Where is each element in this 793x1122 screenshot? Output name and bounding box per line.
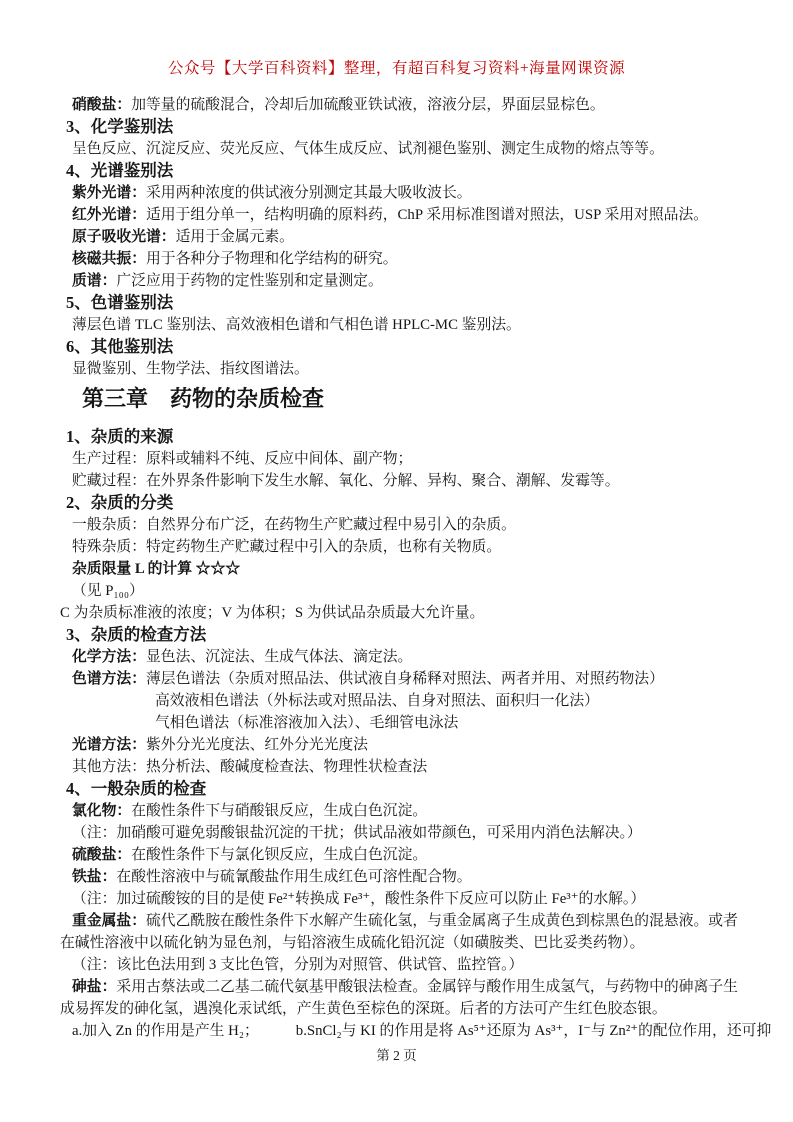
- doc-line: 色谱方法：薄层色谱法（杂质对照品法、供试液自身稀释对照法、两者并用、对照药物法）: [60, 668, 793, 690]
- line-text: 1、杂质的来源: [66, 427, 173, 446]
- document-page: 公众号【大学百科资料】整理，有超百科复习资料+海量网课资源 硝酸盐：加等量的硫酸…: [0, 0, 793, 1122]
- line-text: 在酸性条件下与硝酸银反应，生成白色沉淀。: [131, 803, 427, 819]
- document-body: 硝酸盐：加等量的硫酸混合，冷却后加硫酸亚铁试液，溶液分层，界面层显棕色。3、化学…: [60, 94, 793, 1042]
- doc-line: 砷盐：采用古蔡法或二乙基二硫代氨基甲酸银法检查。金属锌与酸作用生成氢气，与药物中…: [60, 976, 793, 998]
- line-label: 质谱：: [72, 273, 116, 289]
- line-text: 用于各种分子物理和化学结构的研究。: [146, 251, 398, 267]
- doc-line: 显微鉴别、生物学法、指纹图谱法。: [60, 358, 793, 380]
- line-text: 5、色谱鉴别法: [66, 293, 173, 312]
- line-text: 3、杂质的检查方法: [66, 625, 206, 644]
- doc-line: 硝酸盐：加等量的硫酸混合，冷却后加硫酸亚铁试液，溶液分层，界面层显棕色。: [60, 94, 793, 116]
- line-text: 2、杂质的分类: [66, 493, 173, 512]
- doc-line: 一般杂质：自然界分布广泛，在药物生产贮藏过程中易引入的杂质。: [60, 514, 793, 536]
- section-heading: 4、光谱鉴别法: [60, 160, 793, 182]
- doc-line: 铁盐：在酸性溶液中与硫氰酸盐作用生成红色可溶性配合物。: [60, 866, 793, 888]
- line-text: 3、化学鉴别法: [66, 117, 173, 136]
- line-text: 薄层色谱法（杂质对照品法、供试液自身稀释对照法、两者并用、对照药物法）: [146, 671, 664, 687]
- doc-line: 在碱性溶液中以硫化钠为显色剂，与铅溶液生成硫化铅沉淀（如磺胺类、巴比妥类药物）。: [60, 932, 793, 954]
- doc-line: （注：该比色法用到 3 支比色管，分别为对照管、供试管、监控管。）: [60, 954, 793, 976]
- doc-line: 高效液相色谱法（外标法或对照品法、自身对照法、面积归一化法）: [60, 690, 793, 712]
- line-text: 成易挥发的砷化氢，遇溴化汞试纸，产生黄色至棕色的深斑。后者的方法可产生红色胶态银…: [60, 1001, 667, 1017]
- doc-line: 重金属盐：硫代乙酰胺在酸性条件下水解产生硫化氢，与重金属离子生成黄色到棕黑色的混…: [60, 910, 793, 932]
- line-text: 适用于金属元素。: [176, 229, 294, 245]
- doc-line: 核磁共振：用于各种分子物理和化学结构的研究。: [60, 248, 793, 270]
- doc-line: 化学方法：显色法、沉淀法、生成气体法、滴定法。: [60, 646, 793, 668]
- line-label: 紫外光谱：: [72, 185, 146, 201]
- line-label: 化学方法：: [72, 649, 146, 665]
- doc-line: 贮藏过程：在外界条件影响下发生水解、氧化、分解、异构、聚合、潮解、发霉等。: [60, 470, 793, 492]
- line-text: 呈色反应、沉淀反应、荧光反应、气体生成反应、试剂褪色鉴别、测定生成物的熔点等等。: [72, 141, 664, 157]
- doc-line: （注：加硝酸可避免弱酸银盐沉淀的干扰；供试品液如带颜色，可采用内消色法解决。）: [60, 822, 793, 844]
- doc-line: 薄层色谱 TLC 鉴别法、高效液相色谱和气相色谱 HPLC-MC 鉴别法。: [60, 314, 793, 336]
- line-text: 高效液相色谱法（外标法或对照品法、自身对照法、面积归一化法）: [155, 693, 599, 709]
- line-label: 核磁共振：: [72, 251, 146, 267]
- line-label: 光谱方法：: [72, 737, 146, 753]
- doc-line: 气相色谱法（标准溶液加入法）、毛细管电泳法: [60, 712, 793, 734]
- section-heading: 4、一般杂质的检查: [60, 778, 793, 800]
- section-heading: 5、色谱鉴别法: [60, 292, 793, 314]
- line-label: 红外光谱：: [72, 207, 146, 223]
- line-text: 在酸性溶液中与硫氰酸盐作用生成红色可溶性配合物。: [116, 869, 471, 885]
- doc-line: 氯化物：在酸性条件下与硝酸银反应，生成白色沉淀。: [60, 800, 793, 822]
- doc-line: 其他方法：热分析法、酸碱度检查法、物理性状检查法: [60, 756, 793, 778]
- page-header: 公众号【大学百科资料】整理，有超百科复习资料+海量网课资源: [0, 56, 793, 78]
- doc-line: 硫酸盐：在酸性条件下与氯化钡反应，生成白色沉淀。: [60, 844, 793, 866]
- line-text: 采用两种浓度的供试液分别测定其最大吸收波长。: [146, 185, 472, 201]
- line-text: 紫外分光光度法、红外分光光度法: [146, 737, 368, 753]
- line-text: （注：加过硫酸铵的目的是使 Fe²⁺转换成 Fe³⁺，酸性条件下反应可以防止 F…: [72, 891, 645, 907]
- doc-line: 呈色反应、沉淀反应、荧光反应、气体生成反应、试剂褪色鉴别、测定生成物的熔点等等。: [60, 138, 793, 160]
- line-text: 显色法、沉淀法、生成气体法、滴定法。: [146, 649, 412, 665]
- line-text: 显微鉴别、生物学法、指纹图谱法。: [72, 361, 309, 377]
- line-label: 色谱方法：: [72, 671, 146, 687]
- line-text: 气相色谱法（标准溶液加入法）、毛细管电泳法: [155, 715, 458, 731]
- section-heading: 2、杂质的分类: [60, 492, 793, 514]
- line-label: 重金属盐：: [72, 913, 146, 929]
- section-heading: 6、其他鉴别法: [60, 336, 793, 358]
- line-label: 原子吸收光谱：: [72, 229, 176, 245]
- section-heading: 3、化学鉴别法: [60, 116, 793, 138]
- line-label: 硝酸盐：: [72, 97, 131, 113]
- line-text: 4、光谱鉴别法: [66, 161, 173, 180]
- line-text: （注：加硝酸可避免弱酸银盐沉淀的干扰；供试品液如带颜色，可采用内消色法解决。）: [72, 825, 642, 841]
- line-text: 在碱性溶液中以硫化钠为显色剂，与铅溶液生成硫化铅沉淀（如磺胺类、巴比妥类药物）。: [60, 935, 644, 951]
- doc-line: 紫外光谱：采用两种浓度的供试液分别测定其最大吸收波长。: [60, 182, 793, 204]
- line-text: 一般杂质：自然界分布广泛，在药物生产贮藏过程中易引入的杂质。: [72, 517, 516, 533]
- doc-line: C 为杂质标准液的浓度；V 为体积；S 为供试品杂质最大允许量。: [60, 602, 793, 624]
- line-label: 氯化物：: [72, 803, 131, 819]
- line-text: 适用于组分单一，结构明确的原料药，ChP 采用标准图谱对照法，USP 采用对照品…: [146, 207, 708, 223]
- section-heading: 1、杂质的来源: [60, 426, 793, 448]
- line-text: 特殊杂质：特定药物生产贮藏过程中引入的杂质，也称有关物质。: [72, 539, 501, 555]
- chapter-title: 第三章 药物的杂质检查: [60, 384, 793, 414]
- doc-line: 质谱：广泛应用于药物的定性鉴别和定量测定。: [60, 270, 793, 292]
- line-text: 第三章 药物的杂质检查: [82, 386, 324, 411]
- line-text: 贮藏过程：在外界条件影响下发生水解、氧化、分解、异构、聚合、潮解、发霉等。: [72, 473, 620, 489]
- doc-line: 杂质限量 L 的计算 ☆☆☆: [60, 558, 793, 580]
- line-text: C 为杂质标准液的浓度；V 为体积；S 为供试品杂质最大允许量。: [60, 605, 484, 621]
- line-text: 采用古蔡法或二乙基二硫代氨基甲酸银法检查。金属锌与酸作用生成氢气，与药物中的砷离…: [116, 979, 737, 995]
- line-text: 4、一般杂质的检查: [66, 779, 206, 798]
- page-footer: 第 2 页: [0, 1044, 793, 1064]
- section-heading: 3、杂质的检查方法: [60, 624, 793, 646]
- line-label: 铁盐：: [72, 869, 116, 885]
- line-text: （注：该比色法用到 3 支比色管，分别为对照管、供试管、监控管。）: [72, 957, 523, 973]
- doc-line: 原子吸收光谱：适用于金属元素。: [60, 226, 793, 248]
- doc-line: a.加入 Zn 的作用是产生 H₂； b.SnCl₂与 KI 的作用是将 As⁵…: [60, 1020, 793, 1042]
- doc-line: （见 P₁₀₀）: [60, 580, 793, 602]
- line-text: a.加入 Zn 的作用是产生 H₂； b.SnCl₂与 KI 的作用是将 As⁵…: [72, 1023, 771, 1039]
- doc-line: 成易挥发的砷化氢，遇溴化汞试纸，产生黄色至棕色的深斑。后者的方法可产生红色胶态银…: [60, 998, 793, 1020]
- line-text: 在酸性条件下与氯化钡反应，生成白色沉淀。: [131, 847, 427, 863]
- line-text: 广泛应用于药物的定性鉴别和定量测定。: [116, 273, 382, 289]
- line-label: 硫酸盐：: [72, 847, 131, 863]
- line-text: 6、其他鉴别法: [66, 337, 173, 356]
- line-label: 杂质限量 L 的计算 ☆☆☆: [72, 561, 240, 577]
- line-text: 硫代乙酰胺在酸性条件下水解产生硫化氢，与重金属离子生成黄色到棕黑色的混悬液。或者: [146, 913, 738, 929]
- line-text: 加等量的硫酸混合，冷却后加硫酸亚铁试液，溶液分层，界面层显棕色。: [131, 97, 605, 113]
- line-label: 砷盐：: [72, 979, 116, 995]
- doc-line: 特殊杂质：特定药物生产贮藏过程中引入的杂质，也称有关物质。: [60, 536, 793, 558]
- doc-line: 生产过程：原料或辅料不纯、反应中间体、副产物；: [60, 448, 793, 470]
- doc-line: （注：加过硫酸铵的目的是使 Fe²⁺转换成 Fe³⁺，酸性条件下反应可以防止 F…: [60, 888, 793, 910]
- line-text: 薄层色谱 TLC 鉴别法、高效液相色谱和气相色谱 HPLC-MC 鉴别法。: [72, 317, 521, 333]
- doc-line: 红外光谱：适用于组分单一，结构明确的原料药，ChP 采用标准图谱对照法，USP …: [60, 204, 793, 226]
- line-text: 其他方法：热分析法、酸碱度检查法、物理性状检查法: [72, 759, 427, 775]
- doc-line: 光谱方法：紫外分光光度法、红外分光光度法: [60, 734, 793, 756]
- line-text: 生产过程：原料或辅料不纯、反应中间体、副产物；: [72, 451, 412, 467]
- line-text: （见 P₁₀₀）: [72, 583, 144, 599]
